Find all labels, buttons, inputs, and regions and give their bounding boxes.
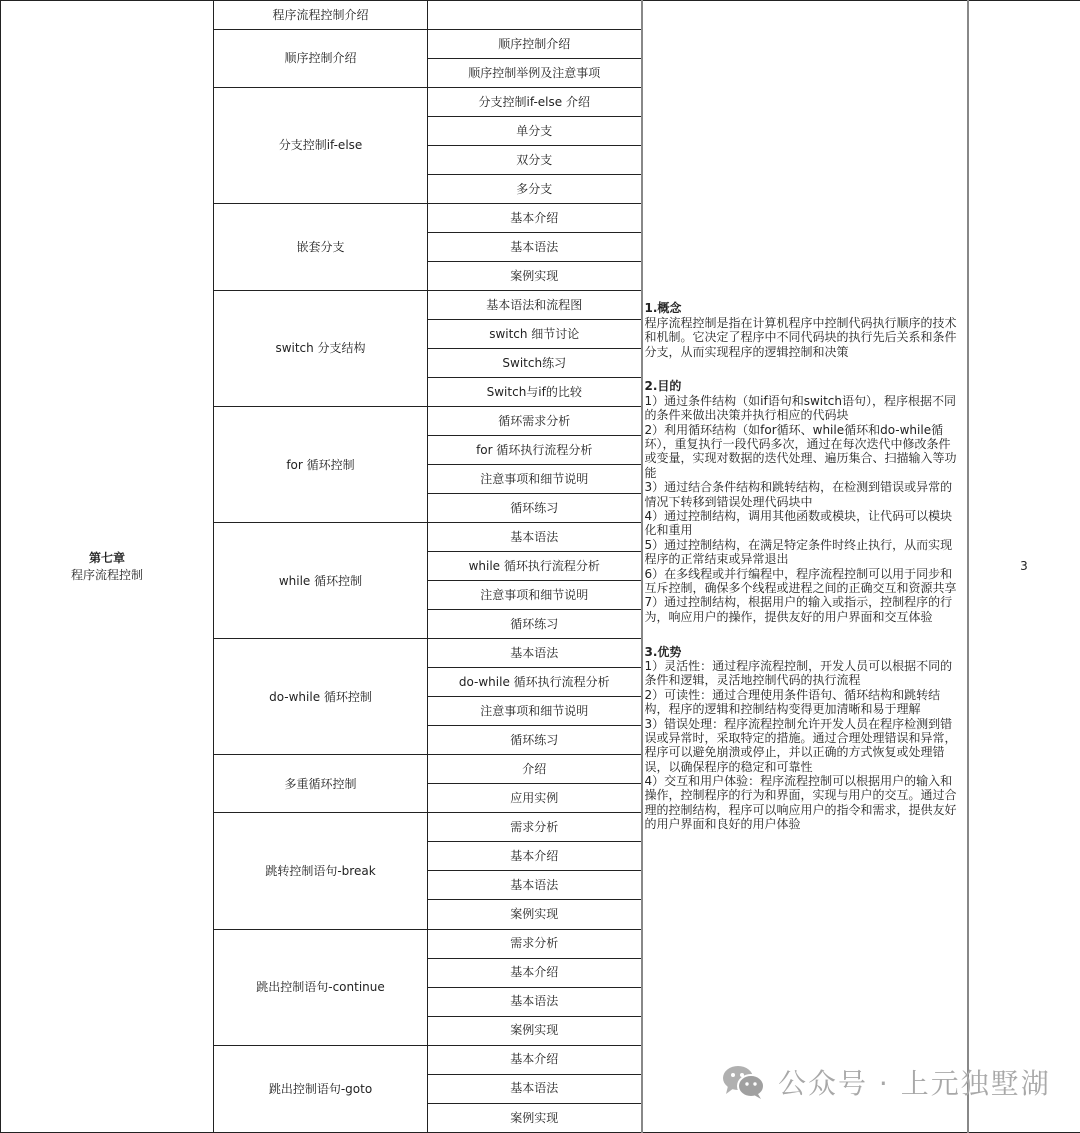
spacer <box>645 624 965 645</box>
description-line: 1）通过条件结构（如if语句和switch语句），程序根据不同 <box>645 394 965 408</box>
description-cell: 1.概念程序流程控制是指在计算机程序中控制代码执行顺序的技术和机制。它决定了程序… <box>642 1 968 1133</box>
subtopic-cell: 注意事项和细节说明 <box>428 581 642 610</box>
description-line: 2）利用循环结构（如for循环、while循环和do-while循 <box>645 423 965 437</box>
subtopic-cell: 基本介绍 <box>428 842 642 871</box>
description-line: 化和重用 <box>645 523 965 537</box>
subtopic-cell: 基本介绍 <box>428 958 642 987</box>
topic-cell: 顺序控制介绍 <box>214 30 428 88</box>
description-line: 操作，控制程序的行为和界面，实现与用户的交互。通过合 <box>645 788 965 802</box>
subtopic-cell: 基本语法 <box>428 871 642 900</box>
topic-cell: do-while 循环控制 <box>214 639 428 755</box>
description-line: 能 <box>645 466 965 480</box>
subtopic-cell: 案例实现 <box>428 1103 642 1132</box>
subtopic-cell: 基本介绍 <box>428 1045 642 1074</box>
description-line: 3）错误处理：程序流程控制允许开发人员在程序检测到错 <box>645 717 965 731</box>
topic-cell: 程序流程控制介绍 <box>214 1 428 30</box>
subtopic-cell: 多分支 <box>428 175 642 204</box>
subtopic-cell: 分支控制if-else 介绍 <box>428 88 642 117</box>
section-title: 1.概念 <box>645 301 965 315</box>
description-line: 5）通过控制结构，在满足特定条件时终止执行，从而实现 <box>645 538 965 552</box>
description-line: 程序可以避免崩溃或停止，并以正确的方式恢复或处理错 <box>645 745 965 759</box>
description-line: 的用户界面和良好的用户体验 <box>645 817 965 831</box>
chapter-number: 第七章 <box>1 551 213 565</box>
subtopic-cell: 基本语法 <box>428 233 642 262</box>
subtopic-cell: 单分支 <box>428 117 642 146</box>
subtopic-cell: 基本语法 <box>428 523 642 552</box>
description-line: 和机制。它决定了程序中不同代码块的执行先后关系和条件 <box>645 330 965 344</box>
subtopic-cell: 循环练习 <box>428 610 642 639</box>
subtopic-cell: 基本介绍 <box>428 204 642 233</box>
subtopic-cell: switch 细节讨论 <box>428 320 642 349</box>
section-title: 2.目的 <box>645 379 965 393</box>
description-line: 或变量，实现对数据的迭代处理、遍历集合、扫描输入等功 <box>645 451 965 465</box>
description-line: 环），重复执行一段代码多次，通过在每次迭代中修改条件 <box>645 437 965 451</box>
hours-cell: 3 <box>968 1 1080 1133</box>
description-line: 4）交互和用户体验：程序流程控制可以根据用户的输入和 <box>645 774 965 788</box>
topic-cell: 嵌套分支 <box>214 204 428 291</box>
description-line: 7）通过控制结构，根据用户的输入或指示，控制程序的行 <box>645 595 965 609</box>
topic-cell: switch 分支结构 <box>214 291 428 407</box>
description-line: 为，响应用户的操作，提供友好的用户界面和交互体验 <box>645 610 965 624</box>
subtopic-cell: 注意事项和细节说明 <box>428 697 642 726</box>
syllabus-table: 第七章程序流程控制程序流程控制介绍1.概念程序流程控制是指在计算机程序中控制代码… <box>0 0 1080 1133</box>
section-title: 3.优势 <box>645 645 965 659</box>
spacer <box>645 359 965 380</box>
description-line: 6）在多线程或并行编程中，程序流程控制可以用于同步和 <box>645 567 965 581</box>
subtopic-cell: 顺序控制介绍 <box>428 30 642 59</box>
subtopic-cell: 循环需求分析 <box>428 407 642 436</box>
description-line: 1）灵活性：通过程序流程控制，开发人员可以根据不同的 <box>645 659 965 673</box>
subtopic-cell: 基本语法 <box>428 639 642 668</box>
description-line: 情况下转移到错误处理代码块中 <box>645 495 965 509</box>
chapter-cell: 第七章程序流程控制 <box>1 1 214 1133</box>
subtopic-cell: 双分支 <box>428 146 642 175</box>
subtopic-cell: 需求分析 <box>428 929 642 958</box>
description-line: 理的控制结构，程序可以响应用户的指令和需求，提供友好 <box>645 803 965 817</box>
topic-cell: 多重循环控制 <box>214 755 428 813</box>
chapter-title: 程序流程控制 <box>1 568 213 582</box>
subtopic-cell: 介绍 <box>428 755 642 784</box>
description-line: 条件和逻辑，灵活地控制代码的执行流程 <box>645 673 965 687</box>
topic-cell: 跳出控制语句-continue <box>214 929 428 1045</box>
description-line: 分支，从而实现程序的逻辑控制和决策 <box>645 345 965 359</box>
topic-cell: 分支控制if-else <box>214 88 428 204</box>
description-line: 程序的正常结束或异常退出 <box>645 552 965 566</box>
topic-cell: 跳出控制语句-goto <box>214 1045 428 1132</box>
description-line: 误，以确保程序的稳定和可靠性 <box>645 760 965 774</box>
subtopic-cell: 基本语法 <box>428 987 642 1016</box>
subtopic-cell: 注意事项和细节说明 <box>428 465 642 494</box>
subtopic-cell: 顺序控制举例及注意事项 <box>428 59 642 88</box>
topic-cell: for 循环控制 <box>214 407 428 523</box>
description-line: 的条件来做出决策并执行相应的代码块 <box>645 408 965 422</box>
subtopic-cell <box>428 1 642 30</box>
topic-cell: 跳转控制语句-break <box>214 813 428 929</box>
subtopic-cell: 基本语法和流程图 <box>428 291 642 320</box>
table-row: 第七章程序流程控制程序流程控制介绍1.概念程序流程控制是指在计算机程序中控制代码… <box>1 1 1080 30</box>
subtopic-cell: 应用实例 <box>428 784 642 813</box>
subtopic-cell: Switch与if的比较 <box>428 378 642 407</box>
topic-cell: while 循环控制 <box>214 523 428 639</box>
subtopic-cell: 循环练习 <box>428 494 642 523</box>
subtopic-cell: 案例实现 <box>428 262 642 291</box>
description-line: 2）可读性：通过合理使用条件语句、循环结构和跳转结 <box>645 688 965 702</box>
subtopic-cell: do-while 循环执行流程分析 <box>428 668 642 697</box>
description-line: 3）通过结合条件结构和跳转结构，在检测到错误或异常的 <box>645 480 965 494</box>
subtopic-cell: 循环练习 <box>428 726 642 755</box>
subtopic-cell: 案例实现 <box>428 900 642 929</box>
subtopic-cell: 案例实现 <box>428 1016 642 1045</box>
description-line: 互斥控制，确保多个线程或进程之间的正确交互和资源共享 <box>645 581 965 595</box>
subtopic-cell: Switch练习 <box>428 349 642 378</box>
description-line: 构，程序的逻辑和控制结构变得更加清晰和易于理解 <box>645 702 965 716</box>
subtopic-cell: while 循环执行流程分析 <box>428 552 642 581</box>
description-line: 误或异常时，采取特定的措施。通过合理处理错误和异常， <box>645 731 965 745</box>
subtopic-cell: for 循环执行流程分析 <box>428 436 642 465</box>
subtopic-cell: 需求分析 <box>428 813 642 842</box>
description-line: 程序流程控制是指在计算机程序中控制代码执行顺序的技术 <box>645 316 965 330</box>
subtopic-cell: 基本语法 <box>428 1074 642 1103</box>
description-line: 4）通过控制结构，调用其他函数或模块，让代码可以模块 <box>645 509 965 523</box>
